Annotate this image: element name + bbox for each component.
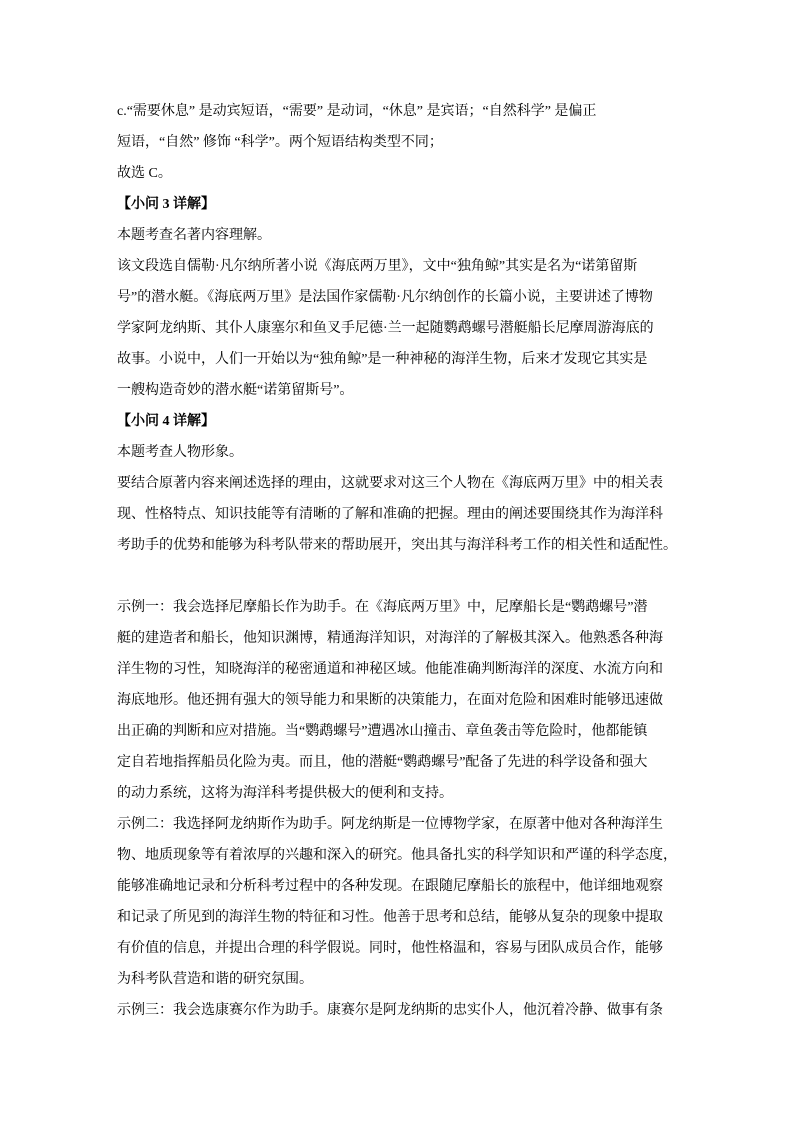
blank-line [117,561,677,592]
text-line: 的动力系统，这将为海洋科考提供极大的便利和支持。 [117,778,677,809]
text-line: 一艘构造奇妙的潜水艇“诺第留斯号”。 [117,375,677,406]
text-line: 和记录了所见到的海洋生物的特征和习性。他善于思考和总结，能够从复杂的现象中提取 [117,902,677,933]
text-line: 有价值的信息，并提出合理的科学假说。同时，他性格温和，容易与团队成员合作，能够 [117,933,677,964]
text-line: 学家阿龙纳斯、其仆人康塞尔和鱼叉手尼德·兰一起随鹦鹉螺号潜艇船长尼摩周游海底的 [117,313,677,344]
text-line: 该文段选自儒勒·凡尔纳所著小说《海底两万里》，文中“独角鲸”其实是名为“诺第留斯 [117,251,677,282]
text-line: 考助手的优势和能够为科考队带来的帮助展开，突出其与海洋科考工作的相关性和适配性。 [117,530,677,561]
text-line: 出正确的判断和应对措施。当“鹦鹉螺号”遭遇冰山撞击、章鱼袭击等危险时，他都能镇 [117,716,677,747]
text-line: 本题考查名著内容理解。 [117,220,677,251]
answer-line: 故选 C。 [117,158,677,189]
text-line: 定自若地指挥船员化险为夷。而且，他的潜艇“鹦鹉螺号”配备了先进的科学设备和强大 [117,747,677,778]
text-line: 示例三：我会选康赛尔作为助手。康赛尔是阿龙纳斯的忠实仆人，他沉着冷静、做事有条 [117,995,677,1026]
subquestion-4-header: 【小问 4 详解】 [117,406,677,437]
text-line: 本题考查人物形象。 [117,437,677,468]
text-line: 短语，“自然” 修饰 “科学”。两个短语结构类型不同； [117,127,677,158]
text-line: 故事。小说中，人们一开始以为“独角鲸”是一种神秘的海洋生物，后来才发现它其实是 [117,344,677,375]
text-line: 要结合原著内容来阐述选择的理由，这就要求对这三个人物在《海底两万里》中的相关表 [117,468,677,499]
text-line: c.“需要休息” 是动宾短语，“需要” 是动词，“休息” 是宾语；“自然科学” … [117,96,677,127]
text-line: 物、地质现象等有着浓厚的兴趣和深入的研究。他具备扎实的科学知识和严谨的科学态度， [117,840,677,871]
text-line: 海底地形。他还拥有强大的领导能力和果断的决策能力，在面对危险和困难时能够迅速做 [117,685,677,716]
text-line: 示例一：我会选择尼摩船长作为助手。在《海底两万里》中，尼摩船长是“鹦鹉螺号”潜 [117,592,677,623]
subquestion-3-header: 【小问 3 详解】 [117,189,677,220]
text-line: 艇的建造者和船长，他知识渊博，精通海洋知识，对海洋的了解极其深入。他熟悉各种海 [117,623,677,654]
text-line: 能够准确地记录和分析科考过程中的各种发现。在跟随尼摩船长的旅程中，他详细地观察 [117,871,677,902]
text-line: 现、性格特点、知识技能等有清晰的了解和准确的把握。理由的阐述要围绕其作为海洋科 [117,499,677,530]
text-line: 号”的潜水艇。《海底两万里》是法国作家儒勒·凡尔纳创作的长篇小说，主要讲述了博物 [117,282,677,313]
text-line: 为科考队营造和谐的研究氛围。 [117,964,677,995]
document-page: c.“需要休息” 是动宾短语，“需要” 是动词，“休息” 是宾语；“自然科学” … [0,0,794,1123]
text-line: 示例二：我选择阿龙纳斯作为助手。阿龙纳斯是一位博物学家，在原著中他对各种海洋生 [117,809,677,840]
text-line: 洋生物的习性，知晓海洋的秘密通道和神秘区域。他能准确判断海洋的深度、水流方向和 [117,654,677,685]
